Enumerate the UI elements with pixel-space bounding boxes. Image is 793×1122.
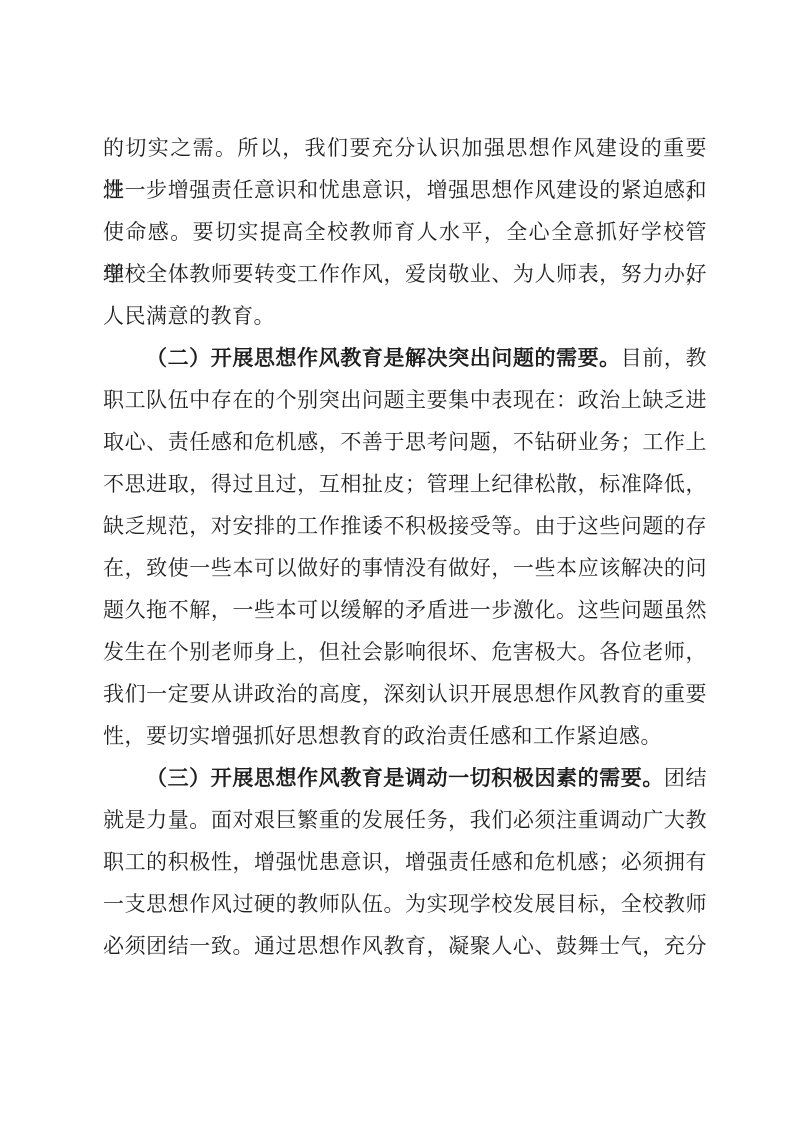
- text-line: 发生在个别老师身上，但社会影响很坏、危害极大。各位老师，: [103, 631, 707, 673]
- body-text: 就是力量。面对艰巨繁重的发展任务，我们必须注重调动广大教: [103, 808, 707, 832]
- body-text: 在，致使一些本可以做好的事情没有做好，一些本应该解决的问: [103, 556, 707, 580]
- body-text: 发生在个别老师身上，但社会影响很坏、危害极大。各位老师，: [103, 640, 707, 664]
- text-line: 在，致使一些本可以做好的事情没有做好，一些本应该解决的问: [103, 547, 707, 589]
- section-heading-text: （二）开展思想作风教育是解决突出问题的需要。: [146, 346, 621, 370]
- text-line: 人民满意的教育。: [103, 295, 707, 337]
- text-line: （二）开展思想作风教育是解决突出问题的需要。目前，教: [103, 337, 707, 379]
- text-line: 必须团结一致。通过思想作风教育，凝聚人心、鼓舞士气，充分: [103, 925, 707, 967]
- body-text: 我们一定要从讲政治的高度，深刻认识开展思想作风教育的重要: [103, 682, 707, 706]
- document-text-block: 的切实之需。所以，我们要充分认识加强思想作风建设的重要性，进一步增强责任意识和忧…: [103, 127, 707, 967]
- body-text: 进一步增强责任意识和忧患意识，增强思想作风建设的紧迫感和: [103, 178, 707, 202]
- text-line: 性，要切实增强抓好思想教育的政治责任感和工作紧迫感。: [103, 715, 707, 757]
- text-line: 职工的积极性，增强忧患意识，增强责任感和危机感；必须拥有: [103, 841, 707, 883]
- section-heading-text: （三）开展思想作风教育是调动一切积极因素的需要。: [146, 766, 664, 790]
- body-text: 团结: [664, 766, 707, 790]
- body-text: 取心、责任感和危机感，不善于思考问题，不钻研业务；工作上: [103, 430, 707, 454]
- text-line: 题久拖不解，一些本可以缓解的矛盾进一步激化。这些问题虽然: [103, 589, 707, 631]
- body-text: 缺乏规范，对安排的工作推诿不积极接受等。由于这些问题的存: [103, 514, 707, 538]
- text-line: 职工队伍中存在的个别突出问题主要集中表现在：政治上缺乏进: [103, 379, 707, 421]
- text-line: 的切实之需。所以，我们要充分认识加强思想作风建设的重要性，: [103, 127, 707, 169]
- text-line: 缺乏规范，对安排的工作推诿不积极接受等。由于这些问题的存: [103, 505, 707, 547]
- text-line: 我们一定要从讲政治的高度，深刻认识开展思想作风教育的重要: [103, 673, 707, 715]
- text-line: 不思进取，得过且过，互相扯皮；管理上纪律松散，标准降低，: [103, 463, 707, 505]
- text-line: 取心、责任感和危机感，不善于思考问题，不钻研业务；工作上: [103, 421, 707, 463]
- text-line: 进一步增强责任意识和忧患意识，增强思想作风建设的紧迫感和: [103, 169, 707, 211]
- text-line: 学校全体教师要转变工作作风，爱岗敬业、为人师表，努力办好: [103, 253, 707, 295]
- body-text: 目前，教: [621, 346, 707, 370]
- text-line: （三）开展思想作风教育是调动一切积极因素的需要。团结: [103, 757, 707, 799]
- body-text: 学校全体教师要转变工作作风，爱岗敬业、为人师表，努力办好: [103, 262, 707, 286]
- body-text: 人民满意的教育。: [103, 304, 275, 328]
- body-text: 性，要切实增强抓好思想教育的政治责任感和工作紧迫感。: [103, 724, 662, 748]
- body-text: 不思进取，得过且过，互相扯皮；管理上纪律松散，标准降低，: [103, 472, 707, 496]
- text-line: 使命感。要切实提高全校教师育人水平，全心全意抓好学校管理，: [103, 211, 707, 253]
- document-page: 的切实之需。所以，我们要充分认识加强思想作风建设的重要性，进一步增强责任意识和忧…: [0, 0, 793, 1122]
- body-text: 职工的积极性，增强忧患意识，增强责任感和危机感；必须拥有: [103, 850, 707, 874]
- body-text: 题久拖不解，一些本可以缓解的矛盾进一步激化。这些问题虽然: [103, 598, 707, 622]
- body-text: 一支思想作风过硬的教师队伍。为实现学校发展目标，全校教师: [103, 892, 707, 916]
- body-text: 职工队伍中存在的个别突出问题主要集中表现在：政治上缺乏进: [103, 388, 707, 412]
- text-line: 就是力量。面对艰巨繁重的发展任务，我们必须注重调动广大教: [103, 799, 707, 841]
- body-text: 必须团结一致。通过思想作风教育，凝聚人心、鼓舞士气，充分: [103, 934, 707, 958]
- text-line: 一支思想作风过硬的教师队伍。为实现学校发展目标，全校教师: [103, 883, 707, 925]
